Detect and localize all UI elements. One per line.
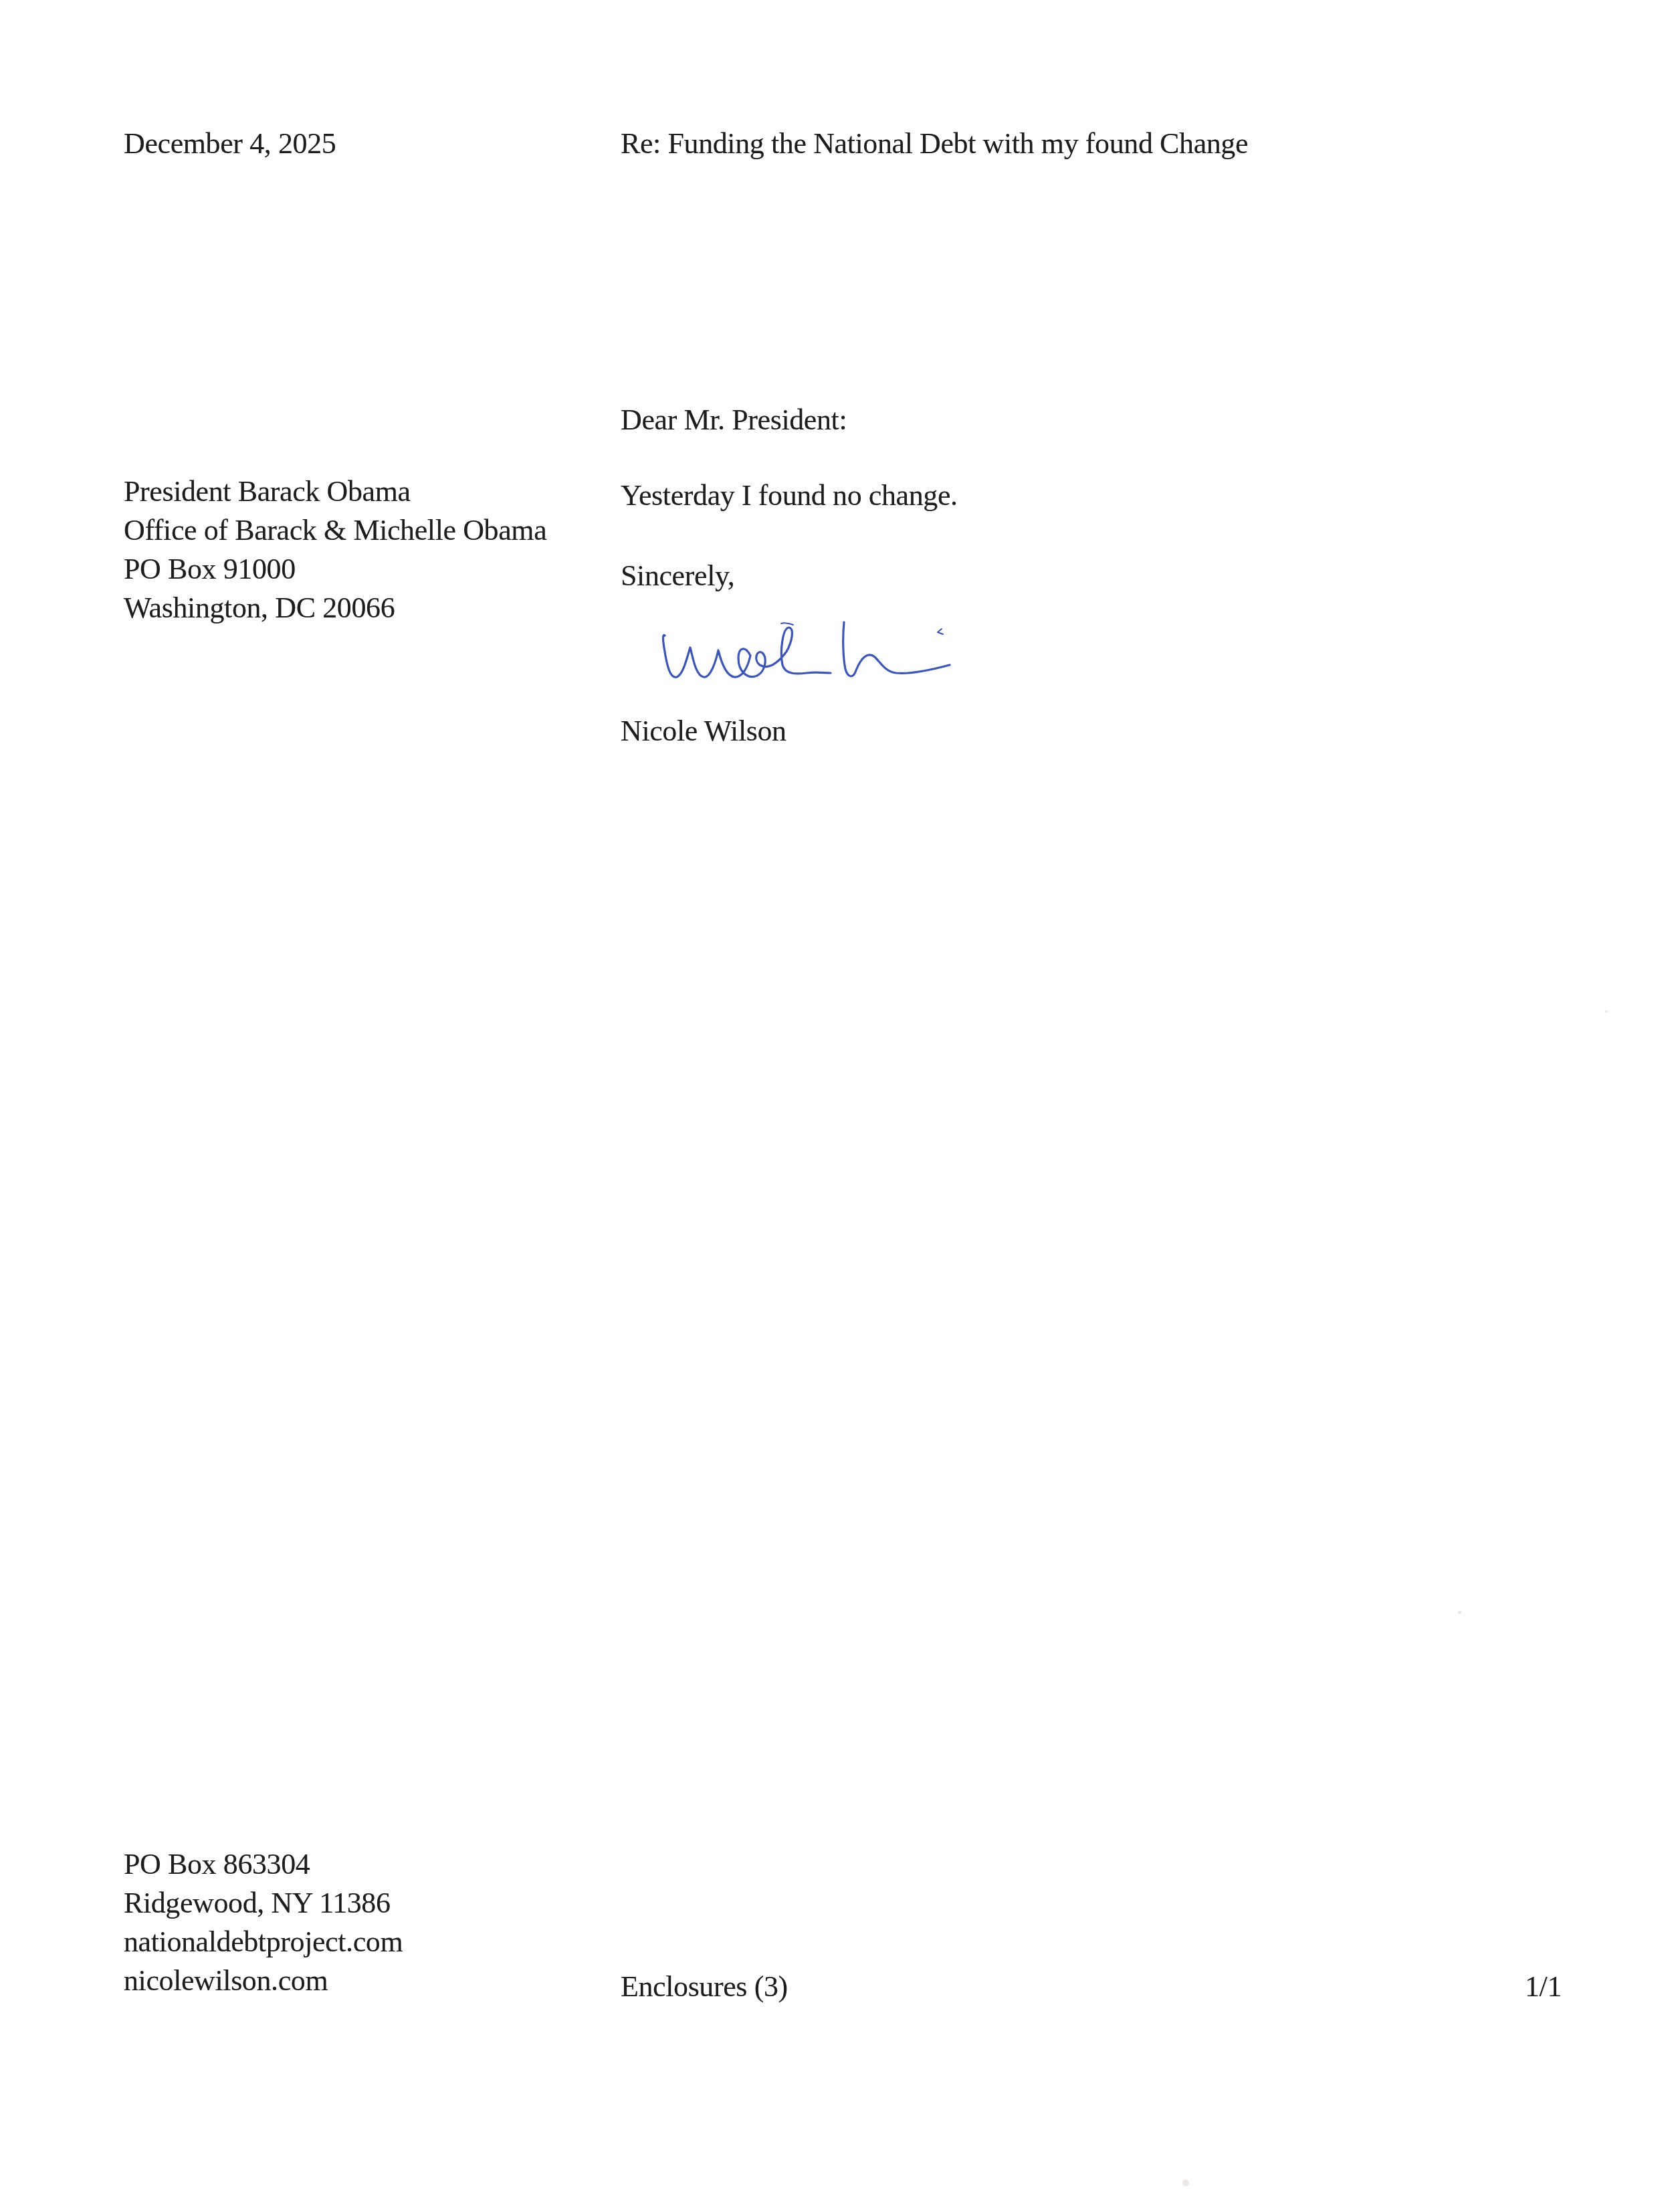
recipient-city-state-zip: Washington, DC 20066 xyxy=(124,589,546,628)
subject-line: Re: Funding the National Debt with my fo… xyxy=(621,129,1248,159)
handwritten-signature xyxy=(655,615,976,696)
recipient-name: President Barack Obama xyxy=(124,472,546,511)
signature-strokes xyxy=(663,622,950,677)
recipient-office: Office of Barack & Michelle Obama xyxy=(124,511,546,550)
scan-speck xyxy=(1605,1010,1608,1013)
enclosures-note: Enclosures (3) xyxy=(621,1972,788,2002)
signer-name: Nicole Wilson xyxy=(621,716,786,746)
salutation: Dear Mr. President: xyxy=(621,405,847,435)
letter-body: Yesterday I found no change. xyxy=(621,481,958,510)
sender-address: PO Box 863304 Ridgewood, NY 11386 nation… xyxy=(124,1845,403,2000)
letter-page: December 4, 2025 Re: Funding the Nationa… xyxy=(0,0,1680,2209)
sender-po-box: PO Box 863304 xyxy=(124,1845,403,1884)
sender-website-project: nationaldebtproject.com xyxy=(124,1923,403,1961)
sender-website-personal: nicolewilson.com xyxy=(124,1961,403,2000)
recipient-po-box: PO Box 91000 xyxy=(124,550,546,589)
scan-speck xyxy=(1182,2180,1189,2186)
letter-date: December 4, 2025 xyxy=(124,129,336,159)
scan-speck xyxy=(1458,1611,1461,1614)
sender-city-state-zip: Ridgewood, NY 11386 xyxy=(124,1884,403,1923)
closing: Sincerely, xyxy=(621,561,734,591)
page-number: 1/1 xyxy=(1525,1972,1562,2002)
recipient-address: President Barack Obama Office of Barack … xyxy=(124,472,546,628)
